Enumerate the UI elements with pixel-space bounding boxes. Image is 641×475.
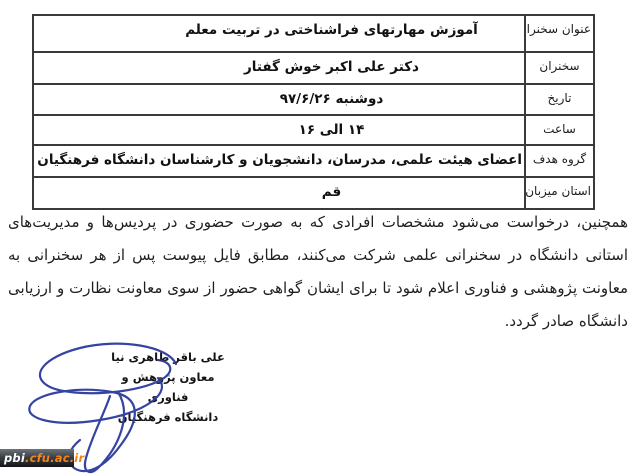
row-value-lecture-title: آموزش مهارتهای فراشناختی در تربیت معلم <box>33 15 525 52</box>
table-row: عنوان سخنرانی آموزش مهارتهای فراشناختی د… <box>33 15 594 52</box>
row-value-time: ۱۴ الی ۱۶ <box>33 115 525 145</box>
table-row: تاریخ دوشنبه ۹۷/۶/۲۶ <box>33 84 594 115</box>
signatory-title: معاون پژوهش و فناوری <box>103 367 233 407</box>
table-row: سخنران دکتر علی اکبر خوش گفتار <box>33 52 594 84</box>
row-label-speaker: سخنران <box>525 52 594 84</box>
row-value-target-group: اعضای هیئت علمی، مدرسان، دانشجویان و کار… <box>33 145 525 177</box>
table-row: ساعت ۱۴ الی ۱۶ <box>33 115 594 145</box>
body-paragraph: همچنین، درخواست می‌شود مشخصات افرادی که … <box>8 206 628 338</box>
watermark-suffix: .cfu.ac.ir <box>25 451 84 465</box>
document-page: عنوان سخنرانی آموزش مهارتهای فراشناختی د… <box>0 0 641 475</box>
site-watermark: pbi.cfu.ac.ir <box>0 449 74 467</box>
row-value-speaker: دکتر علی اکبر خوش گفتار <box>33 52 525 84</box>
watermark-prefix: pbi <box>4 451 25 465</box>
table-row: گروه هدف اعضای هیئت علمی، مدرسان، دانشجو… <box>33 145 594 177</box>
row-label-target-group: گروه هدف <box>525 145 594 177</box>
row-label-time: ساعت <box>525 115 594 145</box>
signature-block: علی باقر طاهری نیا معاون پژوهش و فناوری … <box>103 347 233 427</box>
row-label-lecture-title: عنوان سخنرانی <box>525 15 594 52</box>
row-label-date: تاریخ <box>525 84 594 115</box>
seminar-info-table: عنوان سخنرانی آموزش مهارتهای فراشناختی د… <box>32 14 595 210</box>
signatory-name: علی باقر طاهری نیا <box>103 347 233 367</box>
signatory-organization: دانشگاه فرهنگیان <box>103 407 233 427</box>
row-value-host-province: قم <box>33 177 525 209</box>
table-row: استان میزبان قم <box>33 177 594 209</box>
row-value-date: دوشنبه ۹۷/۶/۲۶ <box>33 84 525 115</box>
row-label-host-province: استان میزبان <box>525 177 594 209</box>
